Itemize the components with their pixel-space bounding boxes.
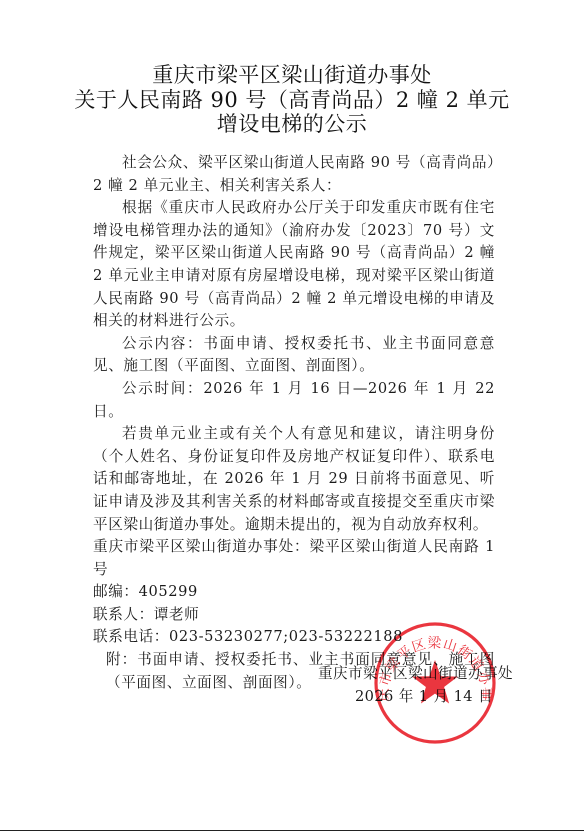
salutation: 社会公众、梁平区梁山街道人民南路 90 号（高青尚品）2 幢 2 单元业主、相关… [93,152,495,197]
paragraph-basis: 根据《重庆市人民政府办公厅关于印发重庆市既有住宅增设电梯管理办法的通知》（渝府办… [93,197,495,333]
paragraph-period: 公示时间：2026 年 1 月 16 日—2026 年 1 月 22 日。 [93,378,495,423]
page-bottom-border [0,830,584,831]
contact-address: 重庆市梁平区梁山街道办事处：梁平区梁山街道人民南路 1 号 [93,536,495,581]
title-line-1: 重庆市梁平区梁山街道办事处 [0,63,584,88]
official-seal-icon: 重庆市梁平区梁山街道办事处 [372,620,498,746]
contact-postcode: 邮编：405299 [93,581,495,604]
document-title: 重庆市梁平区梁山街道办事处 关于人民南路 90 号（高青尚品）2 幢 2 单元 … [0,63,584,137]
document-page: 重庆市梁平区梁山街道办事处 关于人民南路 90 号（高青尚品）2 幢 2 单元 … [0,0,584,831]
paragraph-content: 公示内容：书面申请、授权委托书、业主书面同意意见、施工图（平面图、立面图、剖面图… [93,333,495,378]
title-line-3: 增设电梯的公示 [0,112,584,137]
document-body: 社会公众、梁平区梁山街道人民南路 90 号（高青尚品）2 幢 2 单元业主、相关… [93,152,495,694]
paragraph-objection: 若贵单元业主或有关个人有意见和建议，请注明身份（个人姓名、身份证复印件及房地产权… [93,423,495,536]
title-line-2: 关于人民南路 90 号（高青尚品）2 幢 2 单元 [0,88,584,113]
